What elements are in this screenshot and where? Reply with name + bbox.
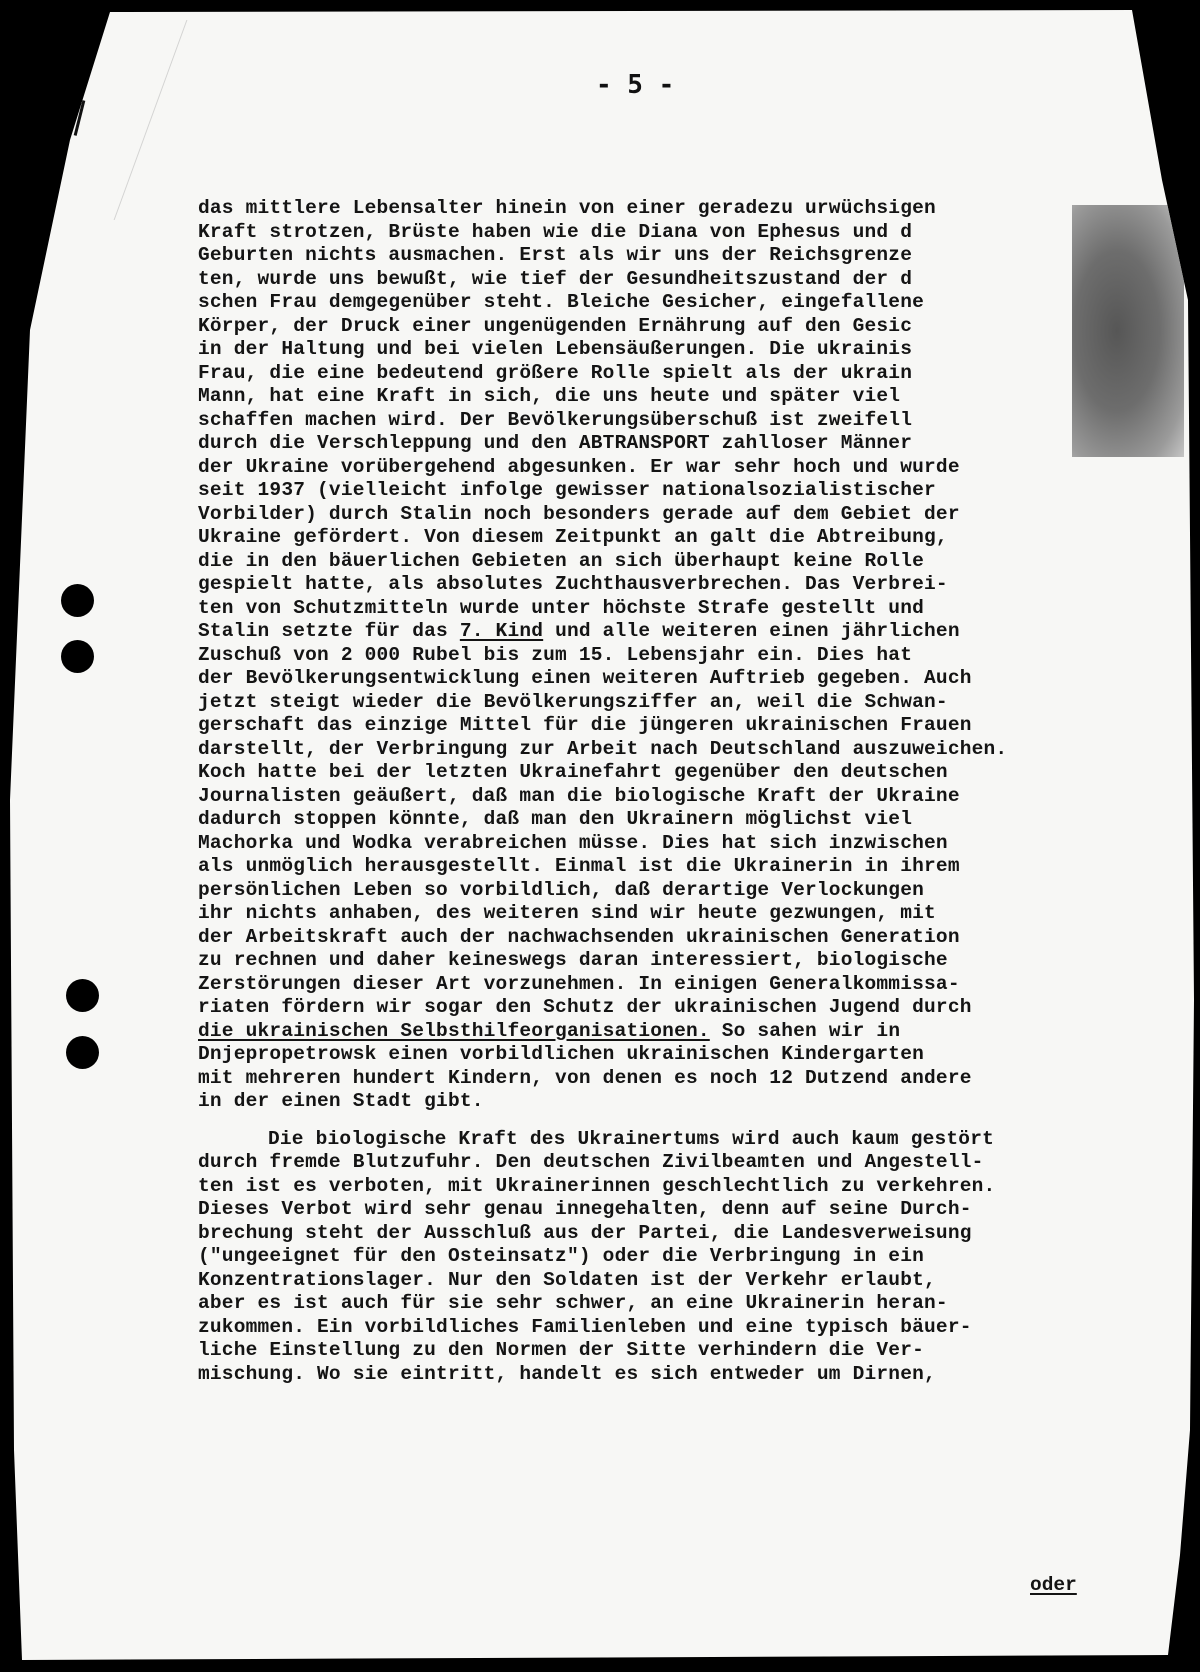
text-line: liche Einstellung zu den Normen der Sitt… [198, 1339, 1158, 1363]
text-line: als unmöglich herausgestellt. Einmal ist… [198, 855, 1158, 879]
page-number: - 5 - [596, 70, 674, 100]
folded-corner-line [0, 20, 187, 220]
text-line: Dnjepropetrowsk einen vorbildlichen ukra… [198, 1043, 1158, 1067]
text-line: Körper, der Druck einer ungenügenden Ern… [198, 315, 1158, 339]
text-line: mit mehreren hundert Kindern, von denen … [198, 1067, 1158, 1091]
text-line: Ukraine gefördert. Von diesem Zeitpunkt … [198, 526, 1158, 550]
text-line: zukommen. Ein vorbildliches Familienlebe… [198, 1316, 1158, 1340]
text-line: in der Haltung und bei vielen Lebensäuße… [198, 338, 1158, 362]
text-line: jetzt steigt wieder die Bevölkerungsziff… [198, 691, 1158, 715]
text-line: ("ungeeignet für den Osteinsatz") oder d… [198, 1245, 1158, 1269]
text-line: persönlichen Leben so vorbildlich, daß d… [198, 879, 1158, 903]
text-line: Konzentrationslager. Nur den Soldaten is… [198, 1269, 1158, 1293]
text-line: aber es ist auch für sie sehr schwer, an… [198, 1292, 1158, 1316]
text-line: Stalin setzte für das 7. Kind und alle w… [198, 620, 1158, 644]
catchword: oder [1030, 1574, 1077, 1596]
text-line: Zerstörungen dieser Art vorzunehmen. In … [198, 973, 1158, 997]
underlined-text: die ukrainischen Selbsthilfeorganisation… [198, 1020, 710, 1042]
text-line: das mittlere Lebensalter hinein von eine… [198, 197, 1158, 221]
text-line: Frau, die eine bedeutend größere Rolle s… [198, 362, 1158, 386]
text-line: schaffen machen wird. Der Bevölkerungsüb… [198, 409, 1158, 433]
text-line: gespielt hatte, als absolutes Zuchthausv… [198, 573, 1158, 597]
text-line: durch fremde Blutzufuhr. Den deutschen Z… [198, 1151, 1158, 1175]
punch-hole [61, 584, 94, 617]
text-line: Mann, hat eine Kraft in sich, die uns he… [198, 385, 1158, 409]
paragraph-gap [198, 1114, 1158, 1128]
punch-hole [61, 640, 94, 673]
text-line: der Ukraine vorübergehend abgesunken. Er… [198, 456, 1158, 480]
text-line: in der einen Stadt gibt. [198, 1090, 1158, 1114]
underlined-text: 7. Kind [460, 620, 543, 642]
text-line: Zuschuß von 2 000 Rubel bis zum 15. Lebe… [198, 644, 1158, 668]
document-page: - 5 - das mittlere Lebensalter hinein vo… [0, 0, 1200, 1672]
text-line: Vorbilder) durch Stalin noch besonders g… [198, 503, 1158, 527]
text-line: die in den bäuerlichen Gebieten an sich … [198, 550, 1158, 574]
punch-hole [66, 1036, 99, 1069]
text-line: gerschaft das einzige Mittel für die jün… [198, 714, 1158, 738]
text-line: dadurch stoppen könnte, daß man den Ukra… [198, 808, 1158, 832]
text-line: schen Frau demgegenüber steht. Bleiche G… [198, 291, 1158, 315]
text-line: riaten fördern wir sogar den Schutz der … [198, 996, 1158, 1020]
text-line: ten, wurde uns bewußt, wie tief der Gesu… [198, 268, 1158, 292]
text-line: Geburten nichts ausmachen. Erst als wir … [198, 244, 1158, 268]
text-line: mischung. Wo sie eintritt, handelt es si… [198, 1363, 1158, 1387]
text-line: der Bevölkerungsentwicklung einen weiter… [198, 667, 1158, 691]
text-line: Koch hatte bei der letzten Ukrainefahrt … [198, 761, 1158, 785]
text-line: brechung steht der Ausschluß aus der Par… [198, 1222, 1158, 1246]
text-line: zu rechnen und daher keineswegs daran in… [198, 949, 1158, 973]
text-line: ihr nichts anhaben, des weiteren sind wi… [198, 902, 1158, 926]
text-line: die ukrainischen Selbsthilfeorganisation… [198, 1020, 1158, 1044]
text-line: Die biologische Kraft des Ukrainertums w… [198, 1128, 1158, 1152]
text-line: ten ist es verboten, mit Ukrainerinnen g… [198, 1175, 1158, 1199]
typewritten-body: das mittlere Lebensalter hinein von eine… [198, 197, 1158, 1386]
text-line: darstellt, der Verbringung zur Arbeit na… [198, 738, 1158, 762]
text-line: Dieses Verbot wird sehr genau innegehalt… [198, 1198, 1158, 1222]
text-line: seit 1937 (vielleicht infolge gewisser n… [198, 479, 1158, 503]
text-line: Machorka und Wodka verabreichen müsse. D… [198, 832, 1158, 856]
text-line: Kraft strotzen, Brüste haben wie die Dia… [198, 221, 1158, 245]
text-line: der Arbeitskraft auch der nachwachsenden… [198, 926, 1158, 950]
text-line: durch die Verschleppung und den ABTRANSP… [198, 432, 1158, 456]
text-line: ten von Schutzmitteln wurde unter höchst… [198, 597, 1158, 621]
punch-hole [66, 979, 99, 1012]
text-line: Journalisten geäußert, daß man die biolo… [198, 785, 1158, 809]
